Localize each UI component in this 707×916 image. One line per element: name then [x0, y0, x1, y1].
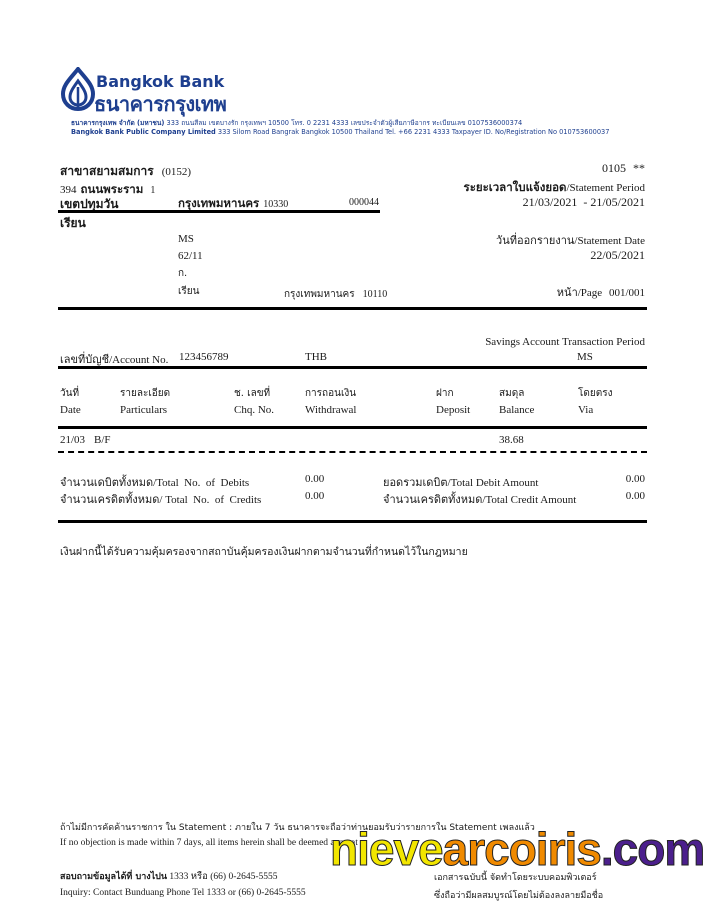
statement-period-label-th: ระยะเวลาใบแจ้งยอด: [464, 180, 567, 194]
statement-date-label-text: วันที่ออกรายงาน/Statement Date: [496, 235, 645, 247]
section-divider-2: [58, 366, 647, 369]
total-credits-count-label: จำนวนเครดิตทั้งหมด/ Total No. of Credits: [60, 490, 261, 508]
bank-name-th: ธนาคารกรุงเทพ: [94, 88, 226, 120]
branch-postcode: 10330: [263, 199, 288, 210]
statement-date-value: 22/05/2021: [590, 248, 645, 263]
branch-province: กรุงเทพมหานคร: [178, 196, 259, 210]
computer-generated-note-2: ซึ่งถือว่ามีผลสมบูรณ์โดยไม่ต้องลงลายมือช…: [434, 888, 603, 902]
watermark-part-2: arcoiris: [443, 823, 601, 875]
row-balance: 38.68: [499, 434, 524, 446]
statement-code-line: 0105 **: [602, 161, 645, 176]
statement-code: 0105: [602, 161, 626, 175]
inquiry-th-phone: 1333 หรือ (66) 0-2645-5555: [169, 872, 277, 882]
statement-period-value: 21/03/2021 - 21/05/2021: [523, 195, 645, 210]
bank-address-th-text: 333 ถนนสีลม เขตบางรัก กรุงเทพฯ 10500 โทร…: [167, 119, 523, 127]
statement-page-line: หน้า/Page 001/001: [557, 283, 645, 301]
account-number: 123456789: [179, 351, 229, 363]
col-balance: สมดุล Balance: [499, 386, 534, 418]
branch-ref: 000044: [349, 197, 379, 208]
bank-address-en-text: 333 Silom Road Bangrak Bangkok 10500 Tha…: [218, 128, 610, 136]
total-debits-count: 0.00: [305, 473, 324, 485]
account-holder: MS: [577, 351, 593, 363]
table-row-divider: [58, 451, 647, 453]
recipient-address-1: 62/11: [178, 250, 203, 262]
total-credit-amount-label: จำนวนเครดิตทั้งหมด/Total Credit Amount: [383, 490, 576, 508]
col-withdrawal: การถอนเงิน Withdrawal: [305, 386, 356, 418]
bank-legal-name-th: ธนาคารกรุงเทพ จำกัด (มหาชน): [71, 119, 164, 127]
bank-legal-name-en: Bangkok Bank Public Company Limited: [71, 128, 216, 136]
section-divider-3: [58, 520, 647, 523]
watermark-part-1: nieve: [330, 823, 443, 875]
total-credit-amount: 0.00: [626, 490, 645, 502]
col-deposit: ฝาก Deposit: [436, 386, 470, 418]
objection-note-en: If no objection is made within 7 days, a…: [60, 838, 358, 848]
recipient-address-2: ก.: [178, 266, 187, 281]
bank-address-th: ธนาคารกรุงเทพ จำกัด (มหาชน) 333 ถนนสีลม …: [71, 117, 522, 128]
total-credits-count: 0.00: [305, 490, 324, 502]
statement-code-marks: **: [633, 161, 645, 175]
col-particulars: รายละเอียด Particulars: [120, 386, 170, 418]
watermark-logo: nievearcoiris.com: [330, 826, 704, 872]
branch-name-line: สาขาสยามสมการ (0152): [60, 162, 191, 181]
section-divider-1: [58, 307, 647, 310]
branch-code: (0152): [162, 166, 191, 178]
branch-greeting: เรียน: [60, 214, 86, 233]
recipient-province-line: กรุงเทพมหานคร 10110: [284, 284, 387, 302]
row-date: 21/03: [60, 434, 85, 446]
col-via: โดยตรง Via: [578, 386, 612, 418]
statement-period-label-en: /Statement Period: [566, 182, 645, 194]
account-currency: THB: [305, 351, 327, 363]
row-particulars: B/F: [94, 434, 111, 446]
recipient-province: กรุงเทพมหานคร: [284, 289, 355, 300]
inquiry-th-label: สอบถามข้อมูลได้ที่ บางไปน: [60, 872, 167, 882]
total-debits-count-label: จำนวนเดบิตทั้งหมด/Total No. of Debits: [60, 473, 249, 491]
recipient-postcode: 10110: [363, 289, 388, 300]
deposit-protection-note: เงินฝากนี้ได้รับความคุ้มครองจากสถาบันคุ้…: [60, 543, 468, 560]
statement-date-label: วันที่ออกรายงาน/Statement Date: [496, 231, 645, 249]
inquiry-en: Inquiry: Contact Bunduang Phone Tel 1333…: [60, 888, 306, 898]
col-chq-no: ช. เลขที่ Chq. No.: [234, 386, 274, 418]
inquiry-th: สอบถามข้อมูลได้ที่ บางไปน 1333 หรือ (66)…: [60, 869, 278, 884]
branch-address-road: ถนนพระราม: [81, 182, 144, 196]
branch-name: สาขาสยามสมการ: [60, 164, 154, 178]
col-date: วันที่ Date: [60, 386, 81, 418]
account-type: Savings Account Transaction Period: [485, 336, 645, 348]
watermark-part-3: .com: [601, 823, 704, 875]
total-debit-amount-label: ยอดรวมเดบิต/Total Debit Amount: [383, 473, 538, 491]
recipient-name: MS: [178, 233, 194, 245]
bangkok-bank-lotus-icon: [60, 67, 96, 111]
branch-underline: [58, 210, 380, 213]
table-header-divider: [58, 426, 647, 429]
bank-address-en: Bangkok Bank Public Company Limited 333 …: [71, 128, 609, 136]
statement-page-value: 001/001: [609, 287, 645, 299]
total-debit-amount: 0.00: [626, 473, 645, 485]
branch-address-road-no: 1: [150, 185, 155, 196]
recipient-greeting: เรียน: [178, 284, 199, 299]
statement-page-label: หน้า/Page: [557, 287, 602, 299]
